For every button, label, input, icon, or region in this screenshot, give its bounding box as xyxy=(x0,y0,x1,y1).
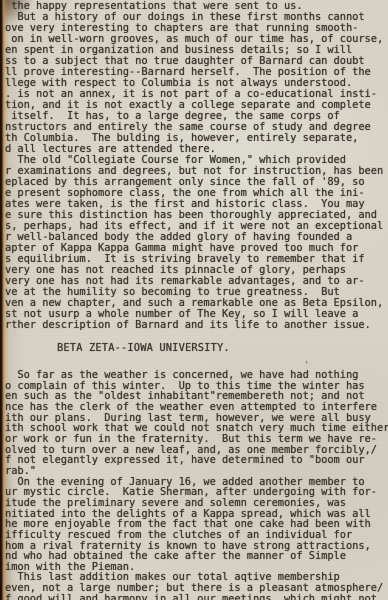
paragraphs-barnard-chapter: the happy representations that were sent… xyxy=(5,1,383,331)
paragraphs-beta-zeta-chapter: So far as the weather is concerned, we h… xyxy=(5,370,388,600)
section-heading-beta-zeta: BETA ZETA--IOWA UNIVERSITY. xyxy=(57,343,230,354)
scanned-document-page: the happy representations that were sent… xyxy=(0,0,388,600)
